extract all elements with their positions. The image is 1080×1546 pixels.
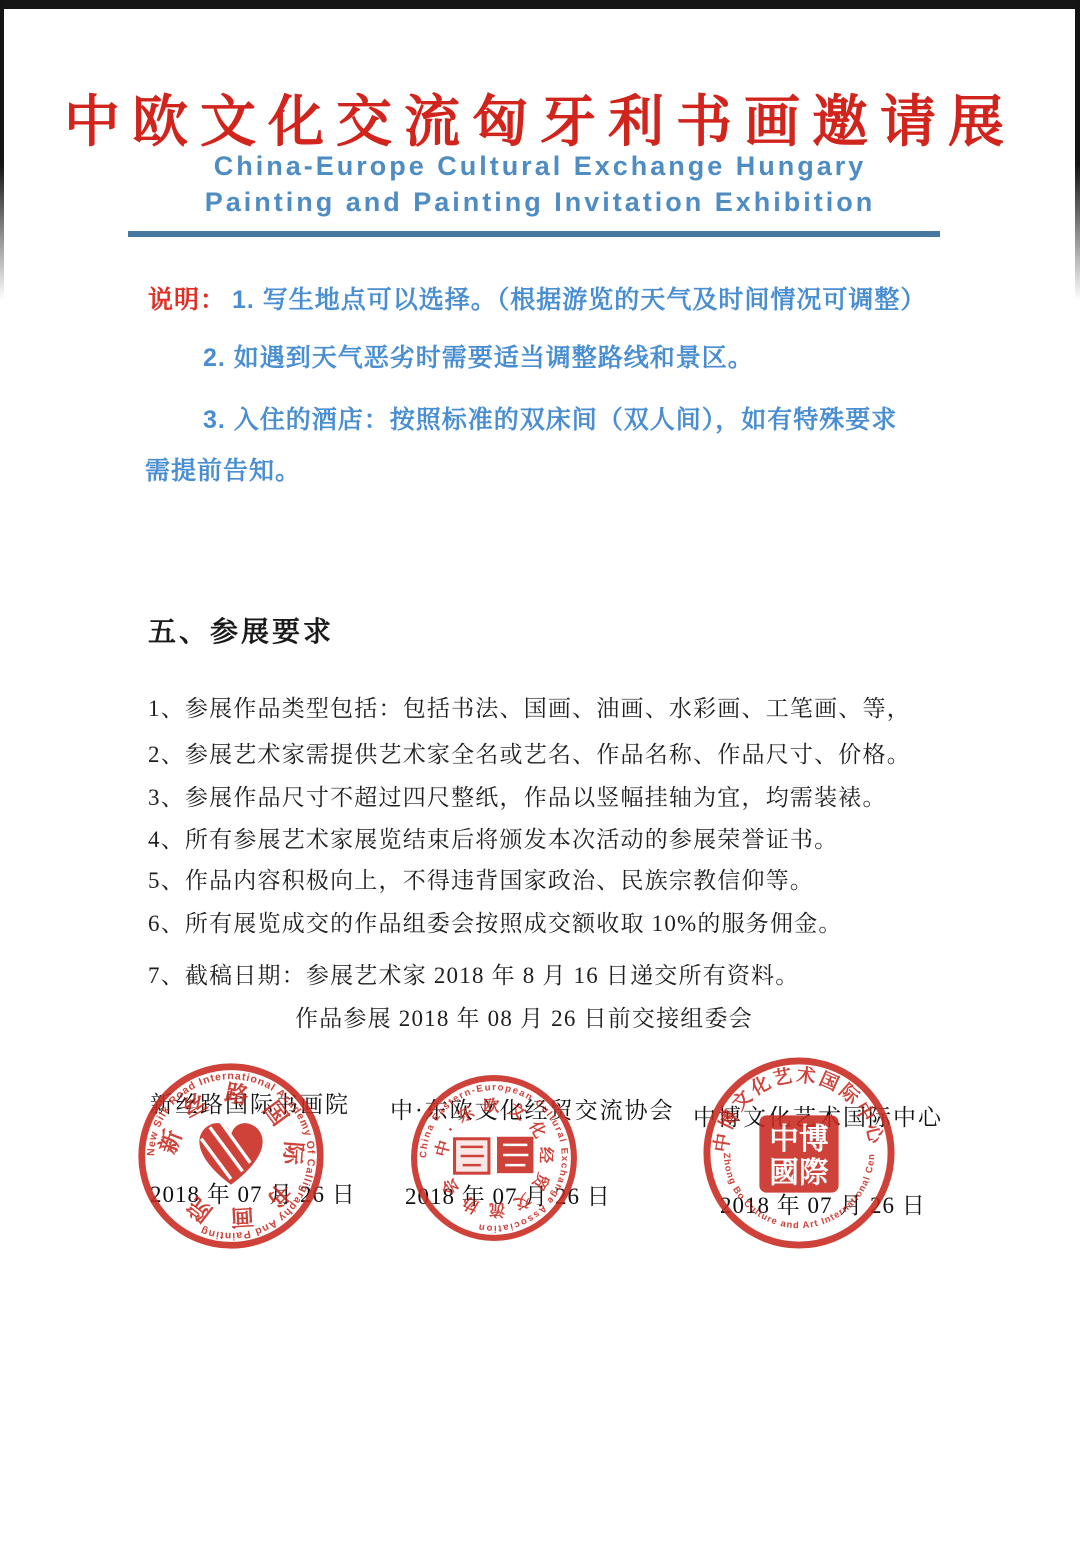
stamp-1-heart-logo	[199, 1121, 262, 1184]
requirement-item-3: 3、参展作品尺寸不超过四尺整纸，作品以竖幅挂轴为宜，均需装裱。	[148, 779, 887, 812]
svg-text:中·东欧文化经贸交流协会: 中·东欧文化经贸交流协会	[432, 1096, 555, 1220]
stamp-3-center-line-2: 國際	[769, 1157, 829, 1190]
requirement-item-2: 2、参展艺术家需提供艺术家全名或艺名、作品名称、作品尺寸、价格。	[148, 736, 911, 769]
note-label: 说明：	[148, 286, 226, 314]
document-page: 中欧文化交流匈牙利书画邀请展 China-Europe Cultural Exc…	[0, 0, 1080, 1546]
note-line-3: 3. 入住的酒店：按照标准的双床间（双人间），如有特殊要求	[203, 400, 897, 436]
divider-rule	[128, 231, 940, 237]
stamp-3-center-line-1: 中博	[769, 1123, 829, 1156]
requirement-item-5: 5、作品内容积极向上，不得违背国家政治、民族宗教信仰等。	[148, 862, 814, 895]
stamp-2-inner-text: 中·东欧文化经贸交流协会	[432, 1096, 555, 1220]
subtitle-line-1: China-Europe Cultural Exchange Hungary	[0, 148, 1080, 184]
page-title: 中欧文化交流匈牙利书画邀请展	[0, 78, 1080, 158]
stamp-3-center-seal: 中博 國際	[759, 1115, 838, 1192]
note-line-1: 说明：1. 写生地点可以选择。（根据游览的天气及时间情况可调整）	[148, 280, 926, 316]
note-line-4: 需提前告知。	[145, 451, 301, 487]
note-line-2: 2. 如遇到天气恶劣时需要适当调整路线和景区。	[203, 338, 754, 374]
page-subtitle: China-Europe Cultural Exchange Hungary P…	[0, 148, 1080, 220]
requirement-item-7-line-2: 作品参展 2018 年 08 月 26 日前交接组委会	[295, 1000, 753, 1033]
stamp-3-seal-icon: 中博文化艺术国际中心 Zhong Bo Culture and Art Inte…	[700, 1054, 898, 1252]
stamp-2-center-seal	[455, 1137, 534, 1173]
stamp-2-seal-icon: China Eastern-European Cultural Exchange…	[408, 1072, 580, 1244]
subtitle-line-2: Painting and Painting Invitation Exhibit…	[0, 184, 1080, 220]
section-heading: 五、参展要求	[148, 610, 334, 650]
requirement-item-1: 1、参展作品类型包括：包括书法、国画、油画、水彩画、工笔画、等，	[148, 690, 911, 723]
photo-edge-top	[0, 0, 1080, 9]
note-text-1: 1. 写生地点可以选择。（根据游览的天气及时间情况可调整）	[232, 286, 926, 314]
stamp-1-seal-icon: New Silk Road International Academy Of C…	[135, 1060, 327, 1252]
requirement-item-6: 6、所有展览成交的作品组委会按照成交额收取 10%的服务佣金。	[148, 905, 843, 938]
requirement-item-7: 7、截稿日期：参展艺术家 2018 年 8 月 16 日递交所有资料。	[148, 957, 800, 990]
requirement-item-4: 4、所有参展艺术家展览结束后将颁发本次活动的参展荣誉证书。	[148, 821, 838, 854]
